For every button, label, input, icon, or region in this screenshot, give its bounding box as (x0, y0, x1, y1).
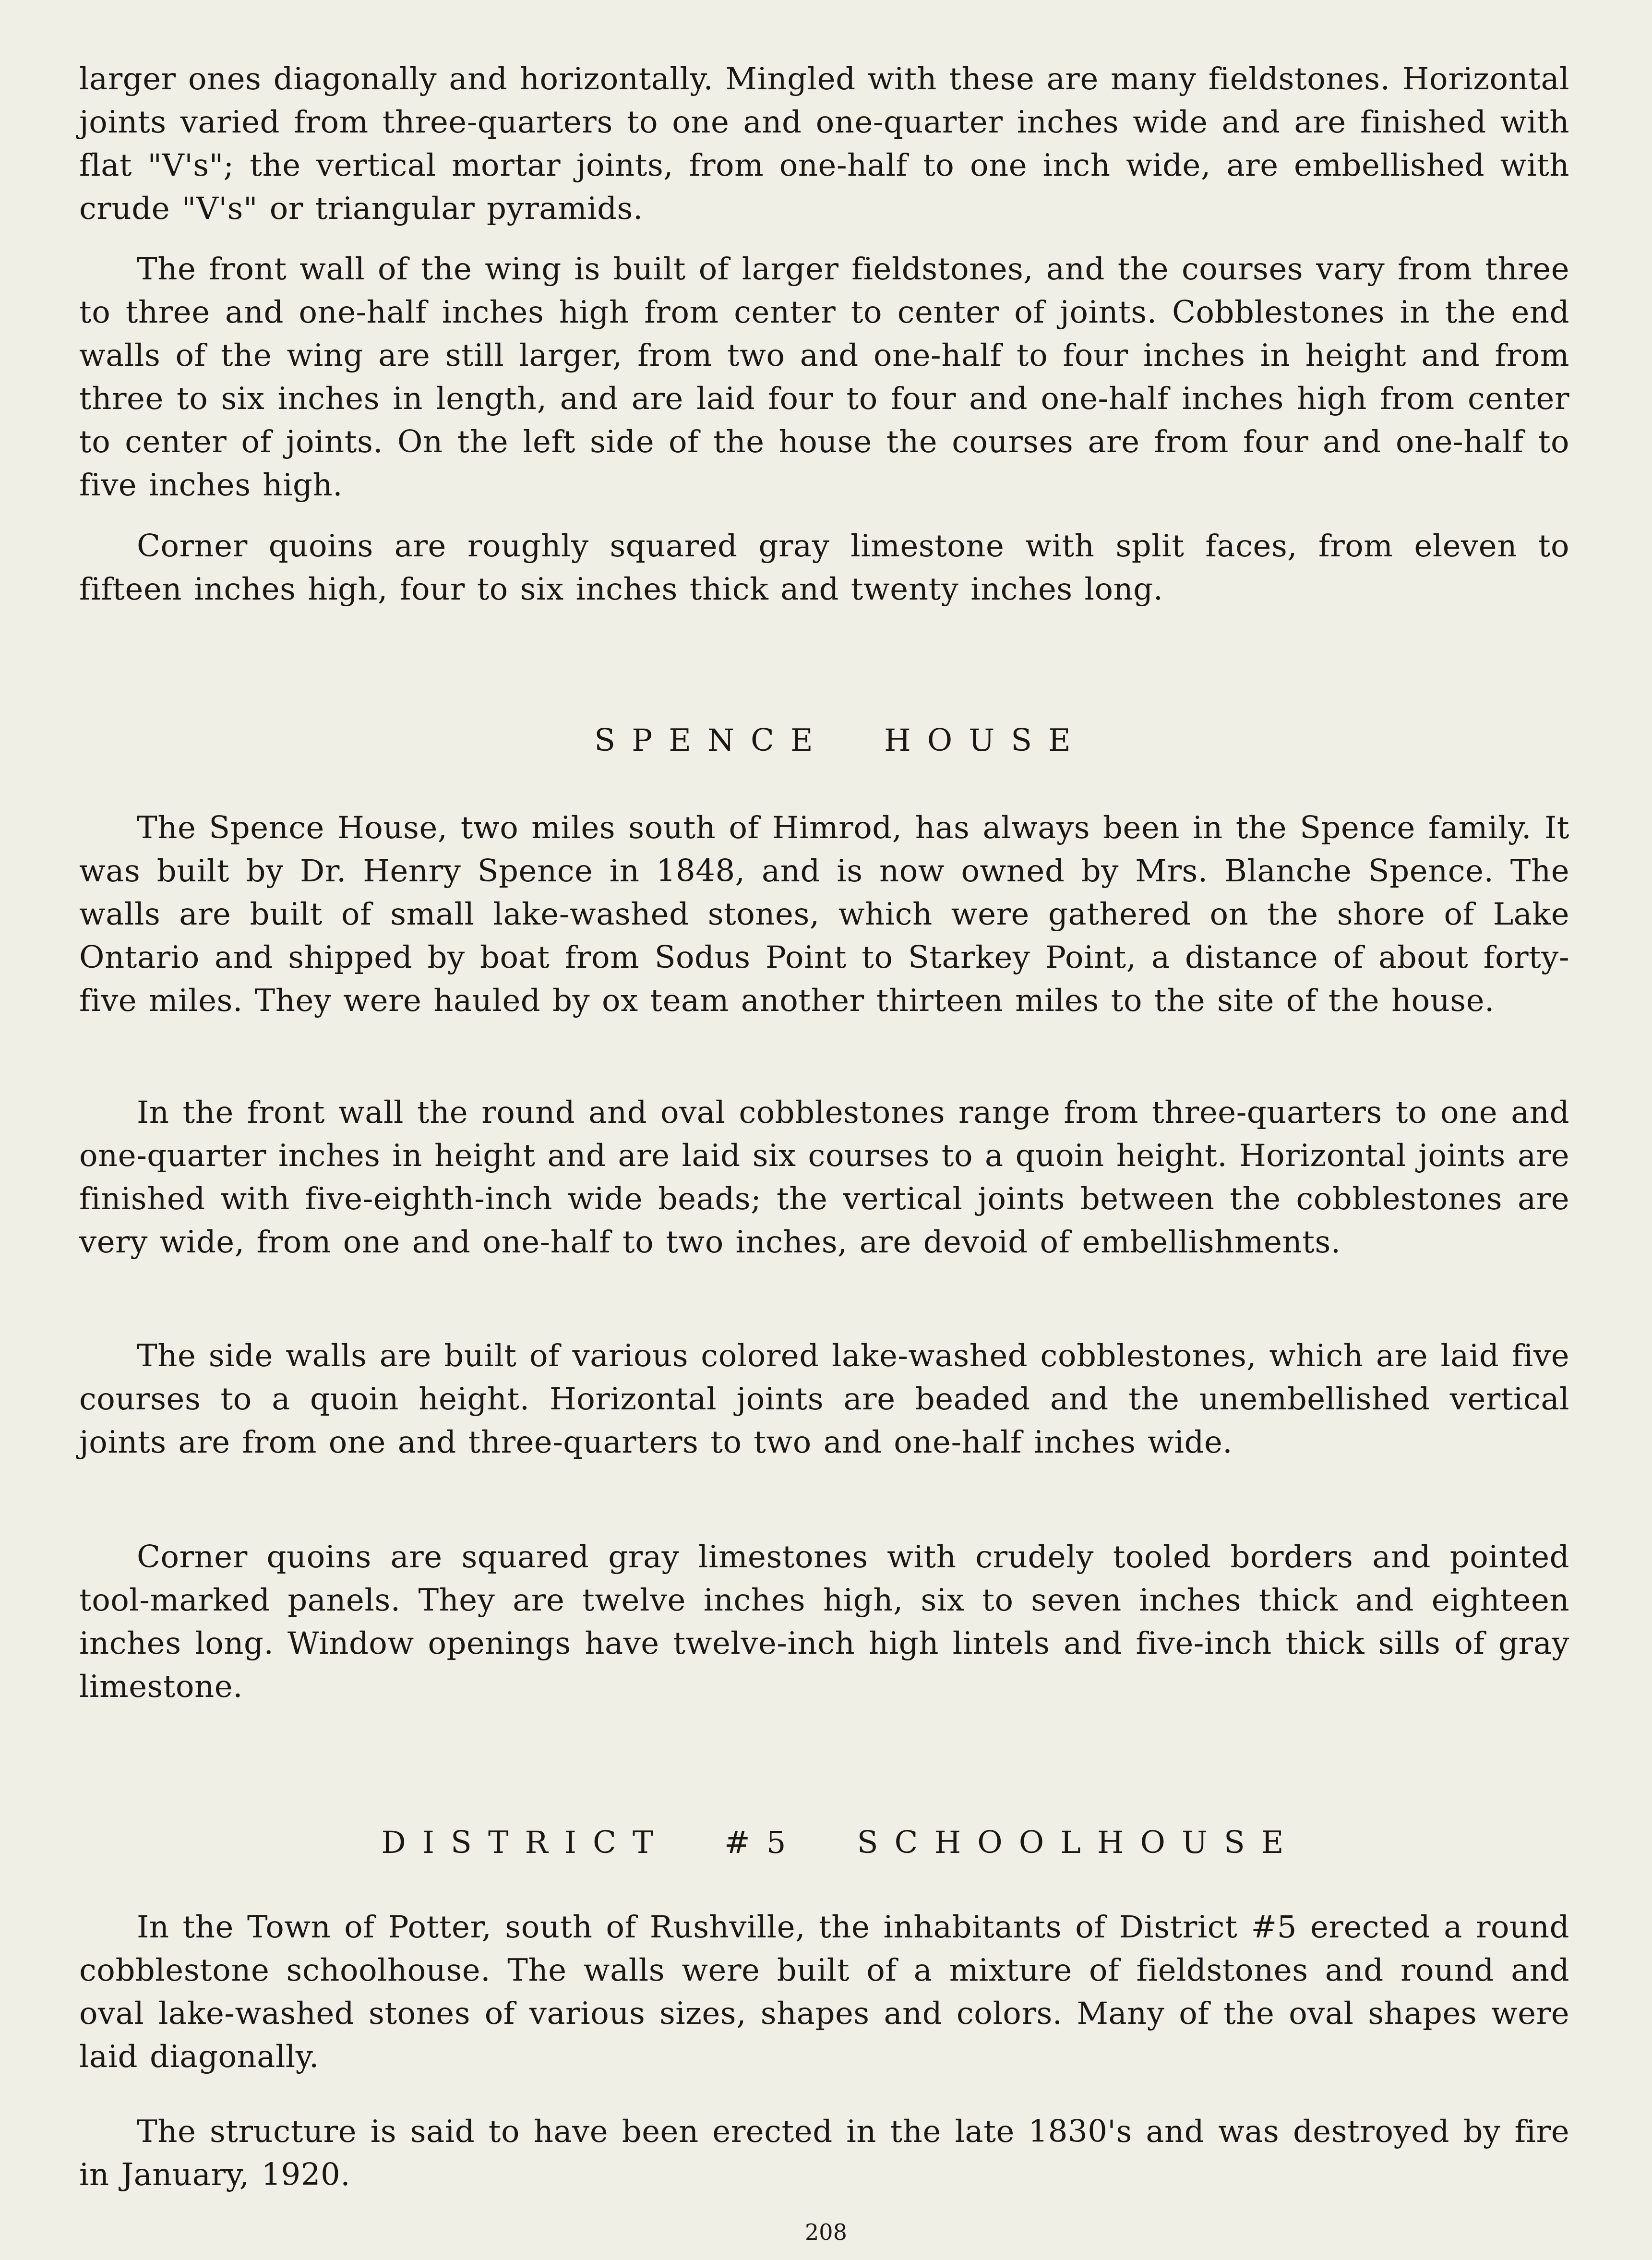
spence-house-paragraph-3: The side walls are built of various colo… (79, 1334, 1569, 1464)
schoolhouse-paragraph-2: The structure is said to have been erect… (79, 2110, 1569, 2197)
page-number: 208 (0, 2219, 1652, 2246)
spence-house-paragraph-2: In the front wall the round and oval cob… (79, 1091, 1569, 1264)
section-heading-spence-house: SPENCE HOUSE (79, 719, 1586, 762)
continuation-paragraph-2: The front wall of the wing is built of l… (79, 248, 1569, 507)
spence-house-paragraph-1: The Spence House, two miles south of Him… (79, 806, 1569, 1022)
continuation-paragraph-3: Corner quoins are roughly squared gray l… (79, 525, 1569, 611)
section-heading-district-5-schoolhouse: DISTRICT #5 SCHOOLHOUSE (79, 1821, 1586, 1864)
continuation-paragraph-1: larger ones diagonally and horizontally.… (79, 58, 1569, 230)
spence-house-paragraph-4: Corner quoins are squared gray limestone… (79, 1536, 1569, 1708)
schoolhouse-paragraph-1: In the Town of Potter, south of Rushvill… (79, 1906, 1569, 2079)
